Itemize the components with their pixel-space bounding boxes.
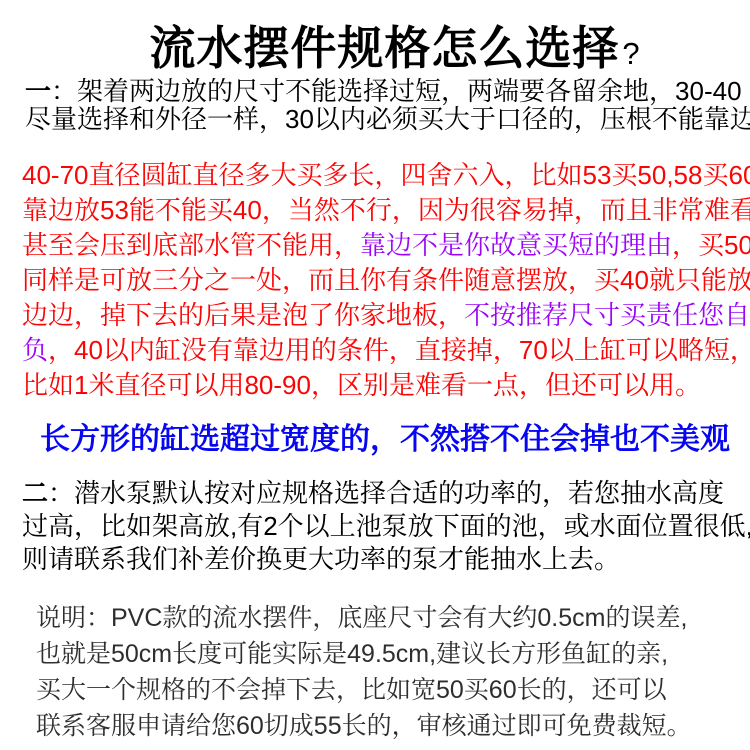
page-title: 流水摆件规格怎么选择? [20,12,750,78]
text-segment: 则请联系我们补差价换更大功率的泵才能抽水上去。 [22,544,620,574]
text-segment: 一 [25,76,51,106]
text-line: 40-70直径圆缸直径多大买多长，四舍六入，比如53买50,58买60 [22,158,750,193]
text-segment: 买大一个规格的不会掉下去，比如宽50买60长的，还可以 [36,676,667,704]
text-segment: 潜水泵默认按对应规格选择合适的功率的，若您抽水高度 [74,478,724,508]
text-line: 边边，掉下去的后果是泡了你家地板，不按推荐尺寸买责任您自 [22,298,750,333]
text-segment: ： [51,76,77,106]
text-segment: ，40以内缸没有靠边用的条件，直接掉，70以上缸可以略短， [48,335,750,365]
text-segment: 尽量选择和外径一样，30以内必须买大于口径的，压根不能靠边。 [25,104,750,134]
title-question-mark: ? [622,36,640,71]
round-tank-warning-paragraph: 40-70直径圆缸直径多大买多长，四舍六入，比如53买50,58买60靠边放53… [22,158,750,403]
text-line: 负，40以内缸没有靠边用的条件，直接掉，70以上缸可以略短， [22,333,750,368]
text-line: 买大一个规格的不会掉下去，比如宽50买60长的，还可以 [36,672,692,708]
text-segment: 架着两边放的尺寸不能选择过短，两端要各留余地，30-40 [77,76,742,106]
text-segment: ： [48,478,74,508]
text-line: 则请联系我们补差价换更大功率的泵才能抽水上去。 [22,543,750,576]
text-segment: 边边，掉下去的后果是泡了你家地板， [22,300,464,330]
text-segment: 二 [22,478,48,508]
text-segment: 比如1米直径可以用80-90，区别是难看一点，但还可以用。 [22,370,701,400]
text-segment: ，买50 [672,230,750,260]
text-line: 联系客服申请给您60切成55长的，审核通过即可免费裁短。 [36,708,692,744]
rect-tank-tip-line: 长方形的缸选超过宽度的，不然搭不住会掉也不美观 [40,422,730,458]
text-segment: 靠边不是你故意买短的理由 [360,230,672,260]
text-line: 二：潜水泵默认按对应规格选择合适的功率的，若您抽水高度 [22,477,750,510]
text-segment: 联系客服申请给您60切成55长的，审核通过即可免费裁短。 [36,712,692,740]
product-spec-info-image: 流水摆件规格怎么选择? 一：架着两边放的尺寸不能选择过短，两端要各留余地，30-… [0,0,750,750]
text-line: 过高，比如架高放,有2个以上池泵放下面的池，或水面位置很低, [22,510,750,543]
section-two-paragraph: 二：潜水泵默认按对应规格选择合适的功率的，若您抽水高度过高，比如架高放,有2个以… [22,477,750,576]
text-segment: 40-70直径圆缸直径多大买多长，四舍六入，比如53买50,58买60 [22,160,750,190]
text-line: 一：架着两边放的尺寸不能选择过短，两端要各留余地，30-40 [25,77,750,105]
text-line: 靠边放53能不能买40，当然不行，因为很容易掉，而且非常难看， [22,193,750,228]
page-title-text: 流水摆件规格怎么选择 [149,22,619,74]
text-line: 甚至会压到底部水管不能用，靠边不是你故意买短的理由，买50 [22,228,750,263]
text-segment: 负 [22,335,48,365]
text-line: 比如1米直径可以用80-90，区别是难看一点，但还可以用。 [22,368,750,403]
section-one-paragraph: 一：架着两边放的尺寸不能选择过短，两端要各留余地，30-40尽量选择和外径一样，… [25,77,750,133]
text-line: 尽量选择和外径一样，30以内必须买大于口径的，压根不能靠边。 [25,105,750,133]
text-line: 说明：PVC款的流水摆件，底座尺寸会有大约0.5cm的误差, [36,600,692,636]
text-segment: 甚至会压到底部水管不能用， [22,230,360,260]
text-segment: 也就是50cm长度可能实际是49.5cm,建议长方形鱼缸的亲, [36,640,668,668]
text-segment: 说明：PVC款的流水摆件，底座尺寸会有大约0.5cm的误差, [36,604,687,632]
text-line: 同样是可放三分之一处，而且你有条件随意摆放，买40就只能放 [22,263,750,298]
text-segment: 长方形的缸选超过宽度的，不然搭不住会掉也不美观 [40,423,730,456]
text-segment: 不按推荐尺寸买责任您自 [464,300,750,330]
text-segment: 过高，比如架高放,有2个以上池泵放下面的池，或水面位置很低, [22,511,750,541]
text-segment: 靠边放53能不能买40，当然不行，因为很容易掉，而且非常难看， [22,195,750,225]
text-segment: 同样是可放三分之一处，而且你有条件随意摆放，买40就只能放 [22,265,750,295]
pvc-note-paragraph: 说明：PVC款的流水摆件，底座尺寸会有大约0.5cm的误差,也就是50cm长度可… [36,600,692,744]
text-line: 也就是50cm长度可能实际是49.5cm,建议长方形鱼缸的亲, [36,636,692,672]
text-line: 长方形的缸选超过宽度的，不然搭不住会掉也不美观 [40,422,730,458]
